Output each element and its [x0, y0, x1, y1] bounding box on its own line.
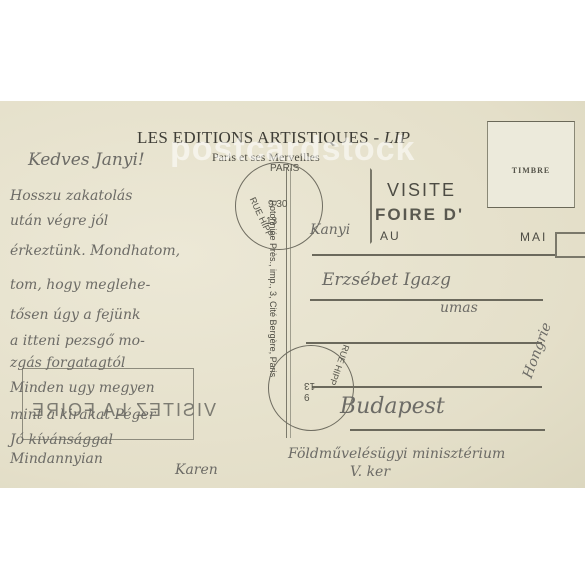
message-line: Jó kívánsággal [10, 432, 113, 448]
message-greeting: Kedves Janyi! [28, 150, 145, 170]
message-line: a itteni pezsgő mo- [10, 333, 145, 349]
postmark-bottom-date: 13 [304, 380, 315, 391]
address-line-5 [350, 429, 545, 431]
postmark-top-date: 13 [266, 216, 277, 227]
stamp-box-label: TIMBRE [488, 166, 574, 175]
postmark-top-city: PARIS [270, 163, 299, 174]
message-line: Hosszu zakatolás [10, 188, 132, 204]
message-line: mint a kirakat Péger [10, 407, 156, 423]
address-city: Budapest [340, 394, 445, 419]
message-line: Minden ugy megyen [10, 380, 155, 396]
address-line-extra: umas [440, 300, 478, 316]
message-line: zgás forgatagtól [10, 355, 125, 371]
message-line: Mindannyian [10, 451, 103, 467]
message-line: tom, hogy meglehe- [10, 277, 150, 293]
message-line: érkeztünk. Mondhatom, [10, 243, 180, 259]
cancellation-line-1: VISITE [387, 180, 456, 201]
address-ministry: Földművelésügyi minisztérium [288, 446, 505, 462]
postmark-bottom-month: 6 [304, 393, 310, 404]
cancellation-box-right [555, 232, 585, 258]
address-line-2 [310, 299, 543, 301]
message-line: tősen úgy a fejünk [10, 307, 140, 323]
postmark-top-hour: 9 30 [268, 199, 287, 210]
address-recipient: Kanyi [310, 222, 350, 238]
address-line-name: Erzsébet Igazg [322, 270, 451, 290]
cancellation-line-3: AU [380, 229, 401, 243]
cancellation-line-2: FOIRE D' [375, 205, 464, 225]
cancellation-month: MAI [520, 230, 547, 244]
message-signature: Karen [175, 462, 218, 478]
address-line-1 [312, 254, 557, 256]
message-line: után végre jól [10, 213, 108, 229]
address-district: V. ker [350, 464, 390, 480]
stamp-box: TIMBRE [487, 121, 575, 208]
